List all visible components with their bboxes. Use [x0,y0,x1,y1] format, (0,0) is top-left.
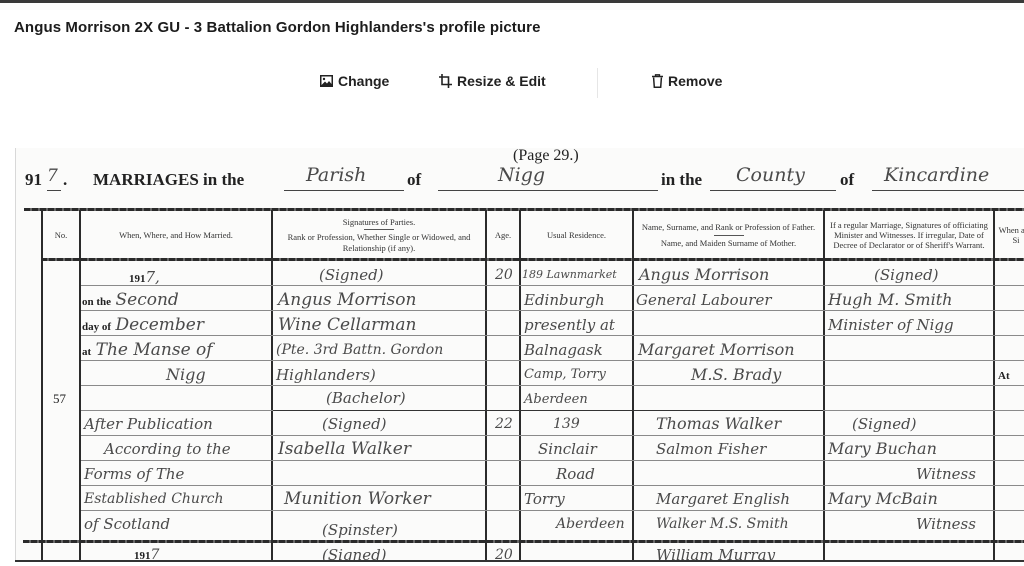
groom-residence-3: presently at [524,315,615,335]
groom-signed: (Signed) [319,265,384,285]
heading-in-the: in the [661,170,702,190]
register-year-prefix: 91 [25,170,42,190]
bride-mother-maiden: Walker M.S. Smith [656,514,789,534]
underline [284,190,404,191]
groom-status: (Bachelor) [326,388,406,408]
entry-place-2: Nigg [166,365,206,385]
bride-mother-name: Margaret English [656,489,790,509]
witness-1-label: Witness [916,464,976,484]
col-header-no: No. [43,212,79,258]
row-rule [81,485,1024,486]
witness-2-label: Witness [916,514,976,534]
witness-2-name: Mary McBain [828,489,938,509]
period: . [63,170,67,190]
next-entry-age: 20 [495,545,513,561]
registered-at: At [998,366,1010,386]
actions-divider [597,68,598,98]
resize-edit-button[interactable]: Resize & Edit [439,73,546,89]
bride-residence-5: Aberdeen [556,514,625,534]
remove-photo-button[interactable]: Remove [652,73,722,89]
page-number: (Page 29.) [513,148,579,165]
groom-rank-2: (Pte. 3rd Battn. Gordon [276,340,443,360]
entry-how-4: Established Church [84,489,224,509]
row-rule [81,460,1024,461]
groom-residence-2: Edinburgh [524,290,605,310]
bride-rank: Munition Worker [284,489,431,509]
col-header-signatures: Signatures of Parties.Rank or Profession… [273,212,485,258]
entry-month: day of December [82,315,204,337]
bride-name: Isabella Walker [278,439,411,459]
groom-mother-maiden: M.S. Brady [691,365,781,385]
bride-father-rank: Salmon Fisher [656,439,766,459]
groom-father-name: Angus Morrison [639,265,769,285]
entry-place: at The Manse of [82,340,213,362]
row-rule [81,335,1024,336]
bride-status: (Spinster) [322,520,398,540]
col-header-when: When, Where, and How Married. [81,212,271,258]
profile-picture-preview: (Page 29.) 91 7 . MARRIAGES in the Paris… [15,148,1024,561]
hw-parish: Parish [306,164,366,186]
next-entry-signed: (Signed) [322,545,387,561]
trash-icon [652,74,663,88]
row-rule [81,360,1024,361]
header-bottom-rule [41,258,1024,261]
groom-rank-3: Highlanders) [276,365,376,385]
row-rule [273,410,823,411]
row-rule [81,435,1024,436]
heading-of-1: of [407,170,421,190]
row-rule [81,510,1024,511]
minister-name: Hugh M. Smith [828,290,952,310]
minister-title: Minister of Nigg [828,315,954,335]
groom-residence-4: Balnagask [524,340,603,360]
row-rule [81,310,1024,311]
dialog-title: Angus Morrison 2X GU - 3 Battalion Gordo… [14,19,541,36]
table-top-rule [24,208,1024,211]
col-header-registered: When and Si [995,212,1024,258]
row-rule [81,285,1024,286]
groom-residence-6: Aberdeen [524,390,588,410]
witness-signed: (Signed) [852,414,917,434]
preview-bottom-border [15,560,1024,562]
underline [710,190,836,191]
hw-county-name: Kincardine [884,164,989,186]
remove-label: Remove [668,73,722,89]
underline [438,190,658,191]
heading-of-2: of [840,170,854,190]
entry-how-3: Forms of The [84,464,184,484]
bride-signed: (Signed) [322,414,387,434]
groom-age: 20 [495,265,513,285]
entry-how-2: According to the [104,439,231,459]
witness-1-name: Mary Buchan [828,439,937,459]
entry-separator-rule [23,540,1024,543]
change-label: Change [338,73,389,89]
minister-signed: (Signed) [874,265,939,285]
col-header-parents: Name, Surname, and Rank or Profession of… [634,212,823,258]
bride-residence-2: Sinclair [538,439,597,459]
register-year-hand: 7 [47,166,58,186]
change-photo-button[interactable]: Change [320,73,389,89]
groom-mother-name: Margaret Morrison [638,340,795,360]
entry-how-1: After Publication [84,414,213,434]
heading-marriages: MARRIAGES in the [93,170,244,190]
entry-year: 1917, [129,267,160,289]
image-icon [320,75,333,87]
bride-residence-3: Road [556,464,595,484]
bride-residence-1: 139 [553,414,580,434]
bride-residence-4: Torry [524,489,565,509]
col-header-age: Age. [487,212,519,258]
groom-name: Angus Morrison [278,290,416,310]
groom-residence-1: 189 Lawnmarket [522,265,617,285]
hw-place: Nigg [498,164,545,186]
row-rule [81,385,1024,386]
col-header-residence: Usual Residence. [521,212,632,258]
bride-age: 22 [495,414,513,434]
crop-icon [439,74,452,88]
next-entry-year: 1917 [134,545,159,561]
groom-rank: Wine Cellarman [278,315,416,335]
col-line [41,210,43,561]
entry-day: on the Second [82,290,179,312]
entry-how-5: of Scotland [84,514,170,534]
entry-number: 57 [53,389,66,409]
underline [872,190,1024,191]
bride-father-name: Thomas Walker [656,414,781,434]
next-entry-father: William Murray [656,545,775,561]
underline [47,190,61,191]
resize-edit-label: Resize & Edit [457,73,546,89]
photo-actions-bar: Change Resize & Edit Remove [0,70,1024,94]
hw-county: County [736,164,805,186]
groom-residence-5: Camp, Torry [524,365,606,385]
window-top-border [0,0,1024,3]
col-header-minister: If a regular Marriage, Signatures of off… [825,212,993,258]
groom-father-rank: General Labourer [636,290,772,310]
